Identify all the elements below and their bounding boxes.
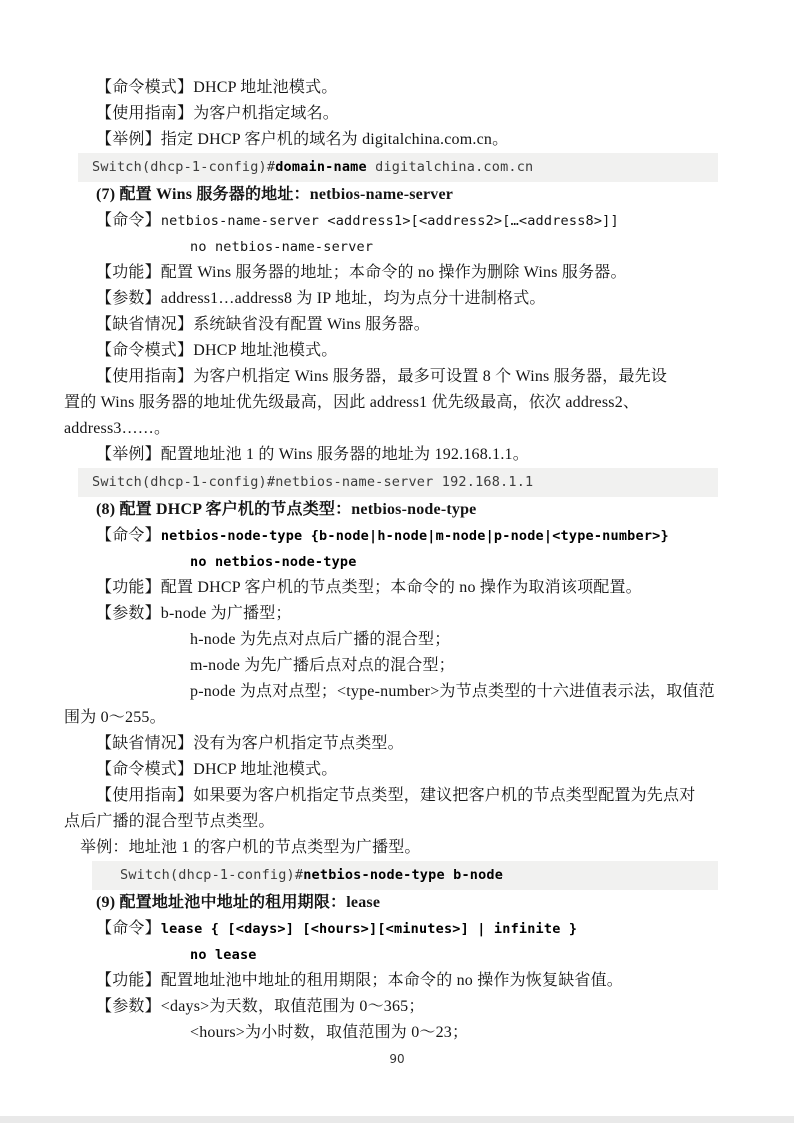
- para-line: 【参数】<days>为天数，取值范围为 0～365；: [64, 994, 730, 1020]
- code-block: Switch(dhcp-1-config)#netbios-node-type …: [92, 861, 718, 890]
- text-run: 【参数】b-node 为广播型；: [96, 605, 292, 622]
- code-run: netbios-name-server <address1>[<address2…: [161, 213, 619, 229]
- text-run: h-node 为先点对点后广播的混合型；: [190, 631, 450, 648]
- para-line: address3……。: [64, 416, 730, 442]
- section-heading: (7) 配置 Wins 服务器的地址：netbios-name-server: [64, 182, 730, 208]
- text-run: 【使用指南】如果要为客户机指定节点类型，建议把客户机的节点类型配置为先点对: [96, 787, 695, 804]
- para-line: 【命令】lease { [<days>] [<hours>][<minutes>…: [64, 916, 730, 942]
- text-run: 【举例】指定 DHCP 客户机的域名为 digitalchina.com.cn。: [96, 131, 508, 148]
- para-line: 【缺省情况】没有为客户机指定节点类型。: [64, 731, 730, 757]
- para-line: 点后广播的混合型节点类型。: [64, 809, 730, 835]
- code-block: Switch(dhcp-1-config)#netbios-name-serve…: [78, 468, 718, 497]
- text-run: (9) 配置地址池中地址的租用期限：lease: [96, 894, 380, 911]
- text-run: 【功能】配置地址池中地址的租用期限；本命令的 no 操作为恢复缺省值。: [96, 972, 623, 989]
- para-line: 举例：地址池 1 的客户机的节点类型为广播型。: [64, 835, 730, 861]
- code-run: digitalchina.com.cn: [367, 159, 534, 175]
- text-run: <hours>为小时数，取值范围为 0～23；: [190, 1024, 468, 1041]
- code-run: netbios-node-type b-node: [303, 867, 503, 883]
- text-run: 【功能】配置 Wins 服务器的地址；本命令的 no 操作为删除 Wins 服务…: [96, 264, 627, 281]
- text-run: m-node 为先广播后点对点的混合型；: [190, 657, 455, 674]
- text-run: (7) 配置 Wins 服务器的地址：netbios-name-server: [96, 186, 453, 203]
- para-line: m-node 为先广播后点对点的混合型；: [64, 653, 730, 679]
- section-heading: (9) 配置地址池中地址的租用期限：lease: [64, 890, 730, 916]
- para-line: h-node 为先点对点后广播的混合型；: [64, 627, 730, 653]
- text-run: 【命令】: [96, 212, 161, 229]
- document-body: 【命令模式】DHCP 地址池模式。【使用指南】为客户机指定域名。【举例】指定 D…: [64, 75, 730, 1046]
- para-line: 围为 0～255。: [64, 705, 730, 731]
- code-run: Switch(dhcp-1-config)#: [120, 867, 303, 883]
- code-run: Switch(dhcp-1-config)#netbios-name-serve…: [92, 474, 533, 490]
- text-run: 【使用指南】为客户机指定域名。: [96, 105, 339, 122]
- section-heading: (8) 配置 DHCP 客户机的节点类型：netbios-node-type: [64, 497, 730, 523]
- text-run: 【参数】address1…address8 为 IP 地址，均为点分十进制格式。: [96, 290, 546, 307]
- code-run: Switch(dhcp-1-config)#: [92, 159, 275, 175]
- text-run: 【缺省情况】没有为客户机指定节点类型。: [96, 735, 404, 752]
- code-run: domain-name: [275, 159, 367, 175]
- para-line: 【命令模式】DHCP 地址池模式。: [64, 75, 730, 101]
- document-page: 【命令模式】DHCP 地址池模式。【使用指南】为客户机指定域名。【举例】指定 D…: [0, 0, 794, 1123]
- text-run: 【命令】: [96, 920, 161, 937]
- para-line: 【缺省情况】系统缺省没有配置 Wins 服务器。: [64, 312, 730, 338]
- para-line: 【命令】netbios-node-type {b-node|h-node|m-n…: [64, 523, 730, 549]
- para-line: 置的 Wins 服务器的地址优先级最高，因此 address1 优先级最高，依次…: [64, 390, 730, 416]
- text-run: 【命令模式】DHCP 地址池模式。: [96, 342, 338, 359]
- para-line: 【命令模式】DHCP 地址池模式。: [64, 338, 730, 364]
- text-run: 点后广播的混合型节点类型。: [64, 813, 275, 830]
- para-line: 【参数】b-node 为广播型；: [64, 601, 730, 627]
- page-footer: 90: [0, 1052, 794, 1066]
- text-run: 【命令】: [96, 527, 161, 544]
- para-line: no lease: [64, 942, 730, 968]
- text-run: 【命令模式】DHCP 地址池模式。: [96, 761, 338, 778]
- para-line: no netbios-node-type: [64, 549, 730, 575]
- para-line: 【举例】指定 DHCP 客户机的域名为 digitalchina.com.cn。: [64, 127, 730, 153]
- para-line: 【使用指南】如果要为客户机指定节点类型，建议把客户机的节点类型配置为先点对: [64, 783, 730, 809]
- para-line: 【功能】配置 Wins 服务器的地址；本命令的 no 操作为删除 Wins 服务…: [64, 260, 730, 286]
- para-line: 【使用指南】为客户机指定域名。: [64, 101, 730, 127]
- text-run: 【举例】配置地址池 1 的 Wins 服务器的地址为 192.168.1.1。: [96, 446, 529, 463]
- code-run: no netbios-node-type: [190, 554, 357, 570]
- text-run: 【参数】<days>为天数，取值范围为 0～365；: [96, 998, 425, 1015]
- para-line: <hours>为小时数，取值范围为 0～23；: [64, 1020, 730, 1046]
- para-line: 【举例】配置地址池 1 的 Wins 服务器的地址为 192.168.1.1。: [64, 442, 730, 468]
- para-line: p-node 为点对点型；<type-number>为节点类型的十六进值表示法，…: [64, 679, 730, 705]
- para-line: no netbios-name-server: [64, 234, 730, 260]
- para-line: 【功能】配置 DHCP 客户机的节点类型；本命令的 no 操作为取消该项配置。: [64, 575, 730, 601]
- text-run: 【缺省情况】系统缺省没有配置 Wins 服务器。: [96, 316, 430, 333]
- text-run: 围为 0～255。: [64, 709, 166, 726]
- text-run: address3……。: [64, 420, 170, 437]
- para-line: 【命令模式】DHCP 地址池模式。: [64, 757, 730, 783]
- code-run: lease { [<days>] [<hours>][<minutes>] | …: [161, 921, 577, 937]
- code-run: netbios-node-type {b-node|h-node|m-node|…: [161, 528, 669, 544]
- para-line: 【命令】netbios-name-server <address1>[<addr…: [64, 208, 730, 234]
- page-bottom-edge: [0, 1116, 794, 1123]
- text-run: 【功能】配置 DHCP 客户机的节点类型；本命令的 no 操作为取消该项配置。: [96, 579, 642, 596]
- text-run: (8) 配置 DHCP 客户机的节点类型：netbios-node-type: [96, 501, 476, 518]
- code-run: no netbios-name-server: [190, 239, 373, 255]
- text-run: 【命令模式】DHCP 地址池模式。: [96, 79, 338, 96]
- text-run: p-node 为点对点型；<type-number>为节点类型的十六进值表示法，…: [190, 683, 715, 700]
- para-line: 【使用指南】为客户机指定 Wins 服务器，最多可设置 8 个 Wins 服务器…: [64, 364, 730, 390]
- code-run: no lease: [190, 947, 257, 963]
- para-line: 【参数】address1…address8 为 IP 地址，均为点分十进制格式。: [64, 286, 730, 312]
- code-block: Switch(dhcp-1-config)#domain-name digita…: [78, 153, 718, 182]
- page-number: 90: [389, 1052, 404, 1066]
- text-run: 举例：地址池 1 的客户机的节点类型为广播型。: [80, 839, 421, 856]
- text-run: 置的 Wins 服务器的地址优先级最高，因此 address1 优先级最高，依次…: [64, 394, 639, 411]
- text-run: 【使用指南】为客户机指定 Wins 服务器，最多可设置 8 个 Wins 服务器…: [96, 368, 667, 385]
- para-line: 【功能】配置地址池中地址的租用期限；本命令的 no 操作为恢复缺省值。: [64, 968, 730, 994]
